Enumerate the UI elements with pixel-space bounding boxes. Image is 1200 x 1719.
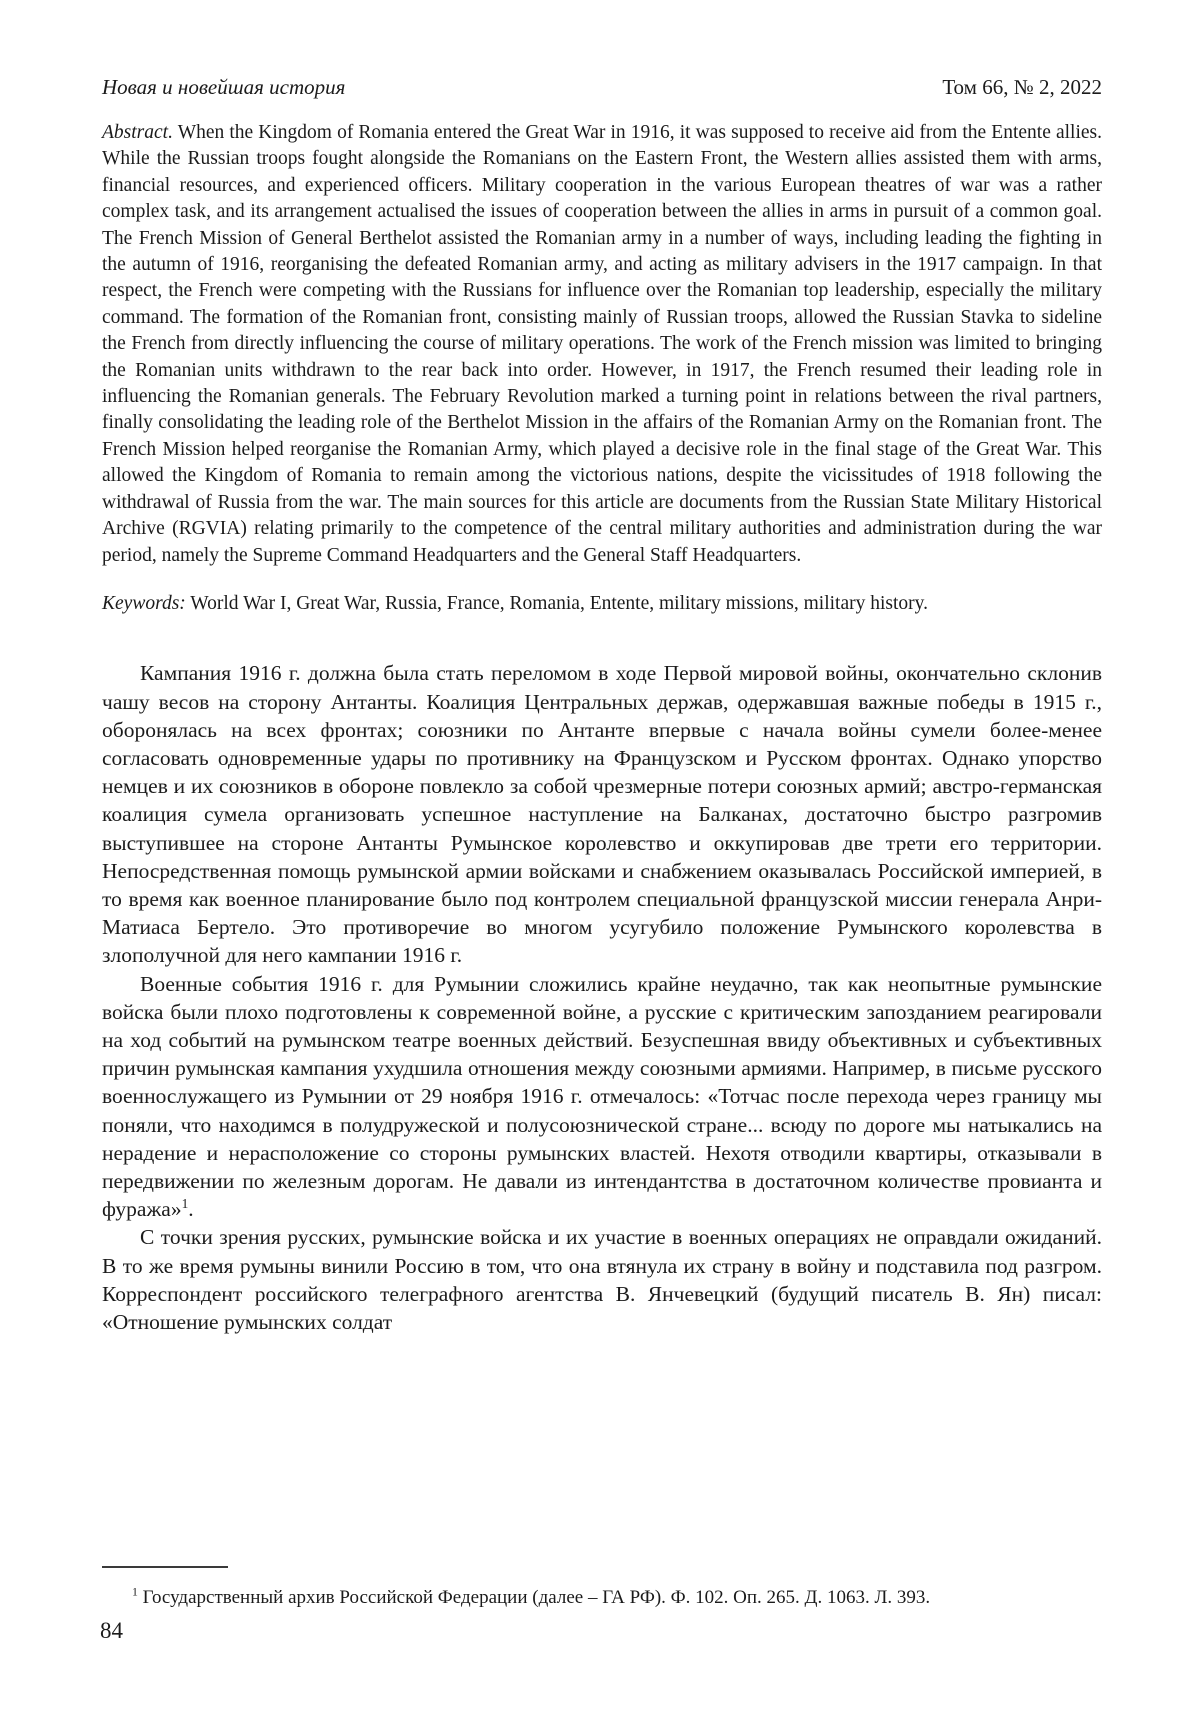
body-paragraph-text: . (188, 1197, 193, 1221)
body-paragraph: С точки зрения русских, румынские войска… (102, 1223, 1102, 1336)
abstract-paragraph: Abstract. When the Kingdom of Romania en… (102, 120, 1102, 569)
body-paragraph-text: С точки зрения русских, румынские войска… (102, 1225, 1102, 1334)
text-column: Новая и новейшая история Том 66, № 2, 20… (102, 74, 1102, 1336)
issue-info: Том 66, № 2, 2022 (942, 74, 1102, 100)
keywords-text: World War I, Great War, Russia, France, … (186, 593, 928, 614)
running-head: Новая и новейшая история Том 66, № 2, 20… (102, 74, 1102, 100)
footnote: 1 Государственный архив Российской Федер… (102, 1586, 1102, 1610)
footnote-rule (102, 1566, 228, 1568)
body-paragraph-text: Военные события 1916 г. для Румынии слож… (102, 972, 1102, 1222)
abstract-text: When the Kingdom of Romania entered the … (102, 122, 1102, 566)
body-paragraph: Кампания 1916 г. должна была стать перел… (102, 659, 1102, 969)
footnote-text: Государственный архив Российской Федерац… (138, 1587, 930, 1608)
page-number: 84 (100, 1618, 123, 1644)
article-body: Кампания 1916 г. должна была стать перел… (102, 659, 1102, 1336)
abstract-label: Abstract. (102, 122, 173, 143)
body-paragraph: Военные события 1916 г. для Румынии слож… (102, 970, 1102, 1224)
body-paragraph-text: Кампания 1916 г. должна была стать перел… (102, 661, 1102, 967)
journal-page: Новая и новейшая история Том 66, № 2, 20… (0, 0, 1200, 1719)
journal-title: Новая и новейшая история (102, 74, 345, 100)
keywords-label: Keywords: (102, 593, 186, 614)
keywords-paragraph: Keywords: World War I, Great War, Russia… (102, 591, 1102, 617)
